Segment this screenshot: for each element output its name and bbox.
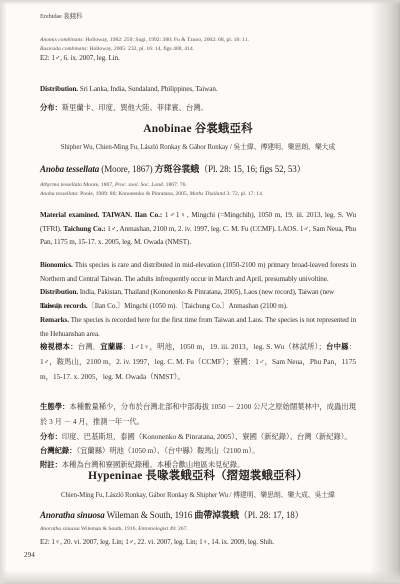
- synonymy-line: Anoratha sinuosa Wileman & South, 1916, …: [40, 525, 356, 534]
- species-zh-name: 方斑谷裳蛾: [155, 164, 200, 174]
- county-bold: Ilan Co.:: [135, 211, 162, 219]
- paragraph-label: 附註：: [40, 460, 62, 469]
- taiwan-records-paragraph: Taiwan records.〔Ilan Co.〕Mingchi (1050 m…: [40, 300, 356, 314]
- paragraph-label: 生態學：: [40, 402, 69, 411]
- journal-italic: Moths Thailand: [189, 191, 225, 197]
- material-record-line: E2: 1♂, 6. ix. 2007, leg. Lin.: [40, 52, 356, 66]
- synonymy-citation: 3: 72, pl. 17: 14.: [225, 191, 263, 197]
- species-plate-ref: （Pl. 28: 17, 18）: [239, 510, 304, 520]
- paragraph-text: 〔Ilan Co.〕Mingchi (1050 m).〔Taichung Co.…: [88, 302, 288, 310]
- paragraph-label: Taiwan records.: [40, 302, 88, 310]
- paragraph-text: 本種數量稀少，分布於台灣北部和中部海拔 1050 － 2100 公尺之原始闊葉林…: [40, 402, 356, 426]
- species-plate-ref: （Pl. 28: 15, 16; figs 52, 53）: [199, 164, 305, 174]
- synonymy-citation: 49: 267.: [168, 526, 188, 532]
- page-edge-left: [0, 0, 7, 584]
- synonymy-citation: Moore, 1867,: [82, 182, 115, 188]
- country-bold: TAIWAN.: [99, 211, 135, 219]
- bionomics-paragraph: Bionomics. This species is rare and dist…: [40, 259, 356, 286]
- subfamily-heading-hypeninae: Hypeninae 長喙裳蛾亞科（摺翅裳蛾亞科）: [40, 469, 356, 483]
- zh-material-paragraph: 檢視標本：台灣．宜蘭縣：1♂1♀，明池，1050 m，19. iii. 2013…: [40, 339, 356, 384]
- species-name-italic: Anoba tessellata: [40, 191, 77, 197]
- paragraph-label: Distribution.: [40, 288, 78, 296]
- paragraph-label: Bionomics.: [40, 261, 73, 269]
- synonymy-citation: : Holloway, 1982: 259; Sugi, 1992: 380; …: [82, 37, 249, 43]
- page-edge-right: [370, 0, 400, 584]
- paragraph-label: 分布：: [40, 103, 62, 112]
- anoratha-synonymy: Anoratha sinuosa Wileman & South, 1916, …: [40, 525, 356, 534]
- synonymy-line: Anoba tessellata: Poole, 1989: 88; Konon…: [40, 190, 356, 199]
- species-name-italic: Anoba tessellata: [40, 164, 99, 174]
- zh-distribution-paragraph: 分布：印度、巴基斯坦、泰國（Kononenko & Pinratana, 200…: [40, 429, 356, 444]
- paragraph-text: 印度、巴基斯坦、泰國（Kononenko & Pinratana, 2005）、…: [62, 432, 352, 441]
- paragraph-label: 檢視標本：: [40, 342, 78, 351]
- county-bold: 台中縣: [326, 342, 349, 351]
- county-bold: 宜蘭縣: [100, 342, 123, 351]
- scanned-book-page: Erebidae 裳蛾科 Anomis combinans: Holloway,…: [0, 0, 400, 584]
- running-header: Erebidae 裳蛾科: [40, 12, 356, 22]
- material-record-line: E2: 1♀, 20. vi. 2007, leg. Lin; 1♂, 22. …: [40, 536, 356, 550]
- paragraph-text: 本種為台灣和寮國新紀錄種。本種合歡山地區未見紀錄。: [62, 460, 244, 469]
- paragraph-text: Sri Lanka, India, Sundaland, Philippines…: [78, 85, 218, 93]
- page-number: 294: [24, 551, 35, 559]
- species-author: Wileman & South, 1916: [105, 510, 195, 520]
- paragraph-text: The species is recorded here for the fir…: [40, 316, 356, 338]
- paragraph-label: Remarks.: [40, 316, 69, 324]
- species-name-italic: Anoratha sinuosa: [40, 510, 105, 520]
- paragraph-text: 台灣．: [78, 342, 101, 351]
- synonymy-citation: Wileman & South, 1916,: [80, 526, 139, 532]
- page-content: Erebidae 裳蛾科 Anomis combinans: Holloway,…: [40, 0, 356, 584]
- paragraph-label: Material examined.: [40, 211, 99, 219]
- species-name-italic: Athyrma tessellata: [40, 182, 82, 188]
- synonymy-citation: 1867: 76.: [164, 182, 187, 188]
- paragraph-label: 台灣紀錄：: [40, 446, 76, 455]
- synonymy-citation: : Poole, 1989: 88; Kononenko & Pinratana…: [77, 191, 189, 197]
- distribution-zh-paragraph: 分布：斯里蘭卡、印度、巽他大陸、菲律賓、台灣。: [40, 100, 356, 115]
- county-bold: Taichung Co.:: [63, 225, 105, 233]
- material-examined-paragraph: Material examined. TAIWAN. Ilan Co.: 1♂1…: [40, 209, 356, 250]
- species-name-italic: Anomis combinans: [40, 37, 82, 43]
- remarks-paragraph: Remarks. The species is recorded here fo…: [40, 314, 356, 341]
- paragraph-text: ：1♂1♀，明池，1050 m，19. iii. 2013，leg. S. Wu…: [123, 342, 326, 351]
- paragraph-label: Distribution.: [40, 85, 78, 93]
- anoba-synonymy: Athyrma tessellata Moore, 1867, Proc. zo…: [40, 181, 356, 199]
- paragraph-label: 分布：: [40, 432, 62, 441]
- subfamily-heading-anobinae: Anobinae 谷裳蛾亞科: [40, 122, 356, 136]
- subfamily-authors: Shipher Wu, Chien-Ming Fu, László Ronkay…: [40, 143, 356, 153]
- paragraph-text: 斯里蘭卡、印度、巽他大陸、菲律賓、台灣。: [62, 103, 208, 112]
- zh-taiwan-records-paragraph: 台灣紀錄：（宜蘭縣）明池（1050 m）、（台中縣）鞍馬山（2100 m）。: [40, 443, 356, 458]
- species-author: (Moore, 1867): [99, 164, 155, 174]
- subfamily-authors: Chien-Ming Fu, László Ronkay, Gábor Ronk…: [40, 491, 356, 501]
- species-name-italic: Anoratha sinuosa: [40, 526, 80, 532]
- paragraph-text: This species is rare and distributed in …: [40, 261, 356, 283]
- synonymy-line: Athyrma tessellata Moore, 1867, Proc. zo…: [40, 181, 356, 190]
- distribution-paragraph: Distribution. Sri Lanka, India, Sundalan…: [40, 83, 356, 97]
- zh-ecology-paragraph: 生態學：本種數量稀少，分布於台灣北部和中部海拔 1050 － 2100 公尺之原…: [40, 399, 356, 429]
- species-zh-name: 曲帶淖裳蛾: [194, 510, 239, 520]
- species-heading-anoratha: Anoratha sinuosa Wileman & South, 1916 曲…: [40, 509, 356, 521]
- journal-italic: Entomologist: [138, 526, 168, 532]
- species-heading-anoba: Anoba tessellata (Moore, 1867) 方斑谷裳蛾（Pl.…: [40, 163, 356, 175]
- paragraph-text: （宜蘭縣）明池（1050 m）、（台中縣）鞍馬山（2100 m）。: [76, 446, 259, 455]
- synonymy-line: Anomis combinans: Holloway, 1982: 259; S…: [40, 36, 356, 45]
- page-edge-bottom: [0, 570, 400, 584]
- page-edge-top: [0, 0, 400, 5]
- journal-italic: Proc. zool. Soc. Lond.: [115, 182, 164, 188]
